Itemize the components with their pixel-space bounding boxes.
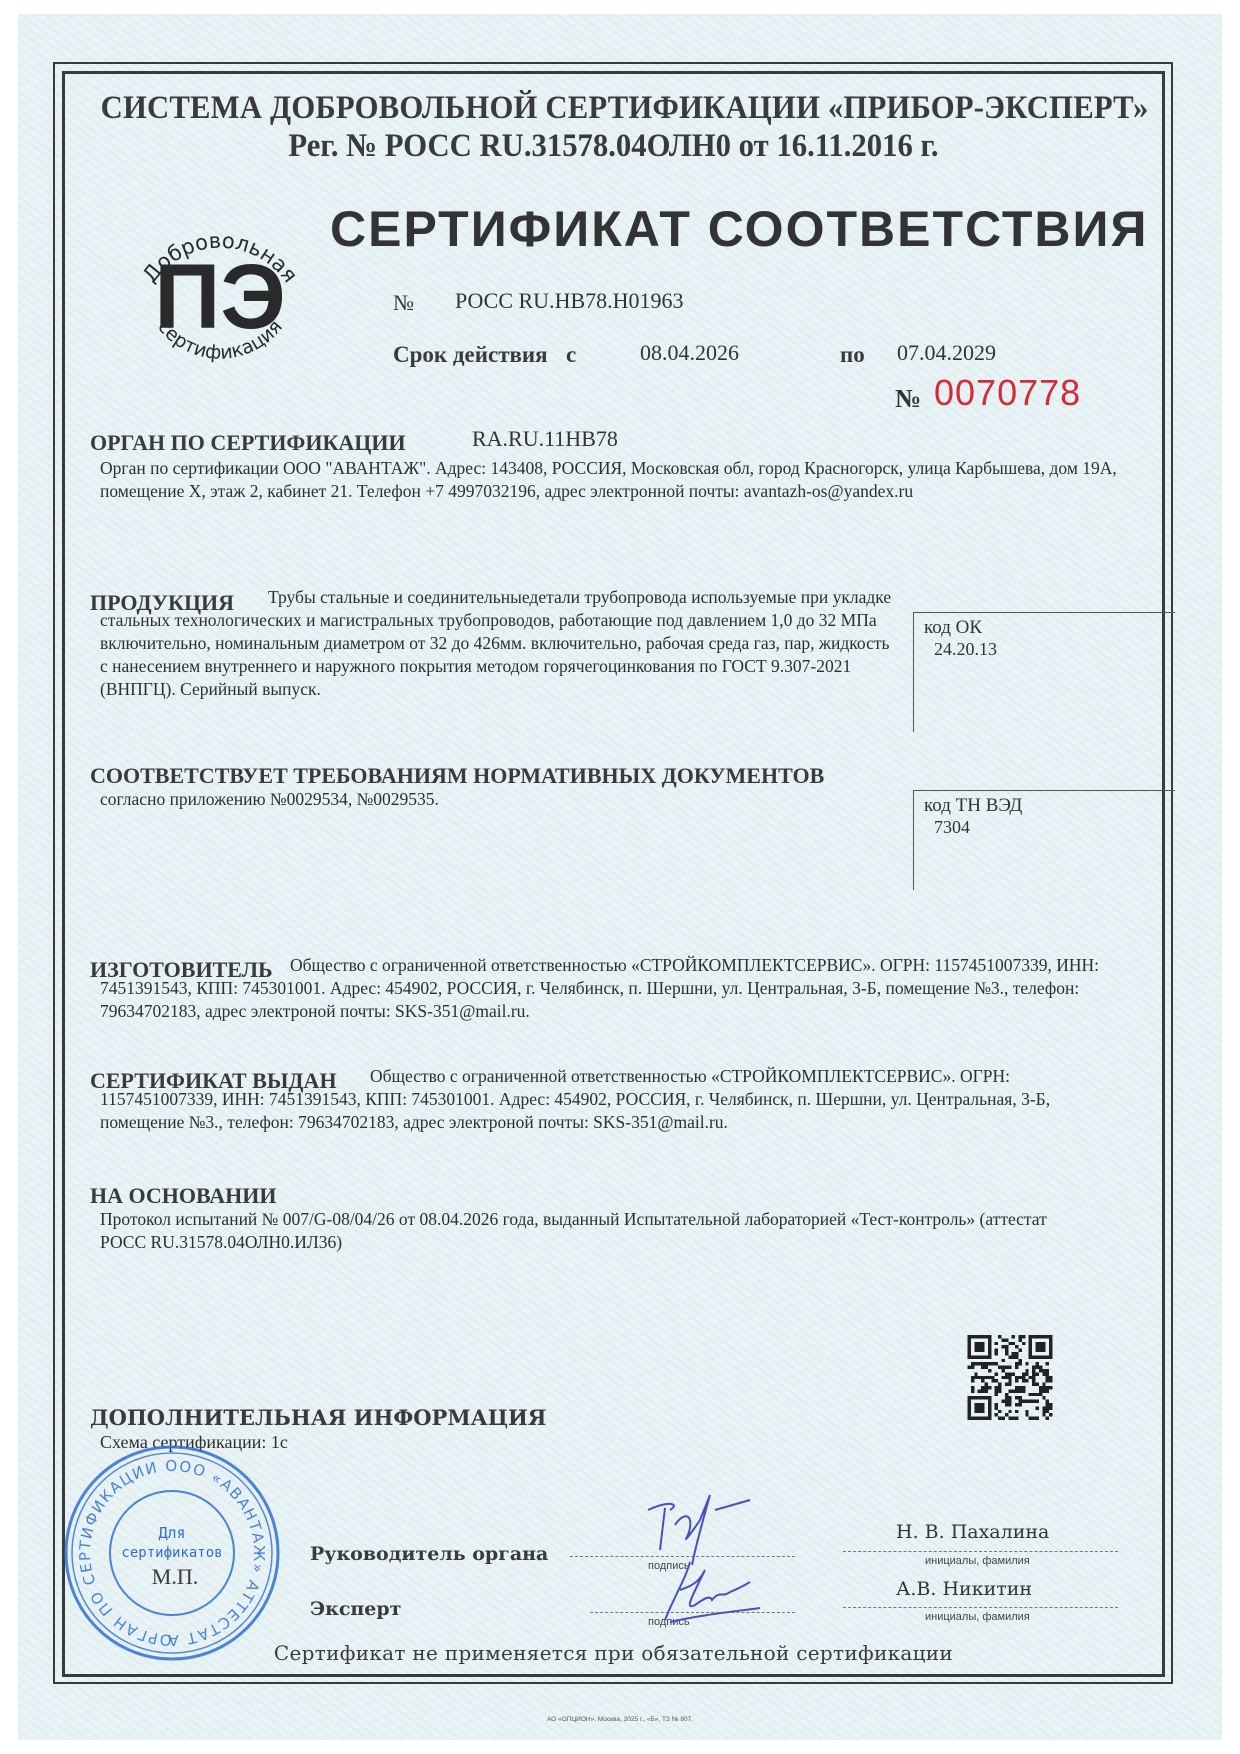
issued-to-text: Общество с ограниченной ответственностью…: [100, 1065, 1110, 1134]
pe-logo: Добровольная сертификация ПЭ: [120, 200, 320, 400]
expert-label: Эксперт: [310, 1598, 401, 1620]
expert-name-caption: инициалы, фамилия: [925, 1611, 1030, 1623]
logo-mark: ПЭ: [154, 246, 286, 348]
ok-code-label: код ОК: [924, 617, 1165, 639]
expert-name-line: [843, 1607, 1118, 1608]
system-registration: Рег. № РОСС RU.31578.04ОЛН0 от 16.11.201…: [101, 128, 1127, 165]
valid-to-label: по: [840, 342, 865, 368]
valid-to-date: 07.04.2029: [897, 340, 996, 366]
basis-text: Протокол испытаний № 007/G-08/04/26 от 0…: [100, 1208, 1060, 1254]
stamp-center-line1: Для: [158, 1524, 185, 1542]
head-signature-scribble: [640, 1490, 770, 1570]
product-text: Трубы стальные и соединительныедетали тр…: [100, 586, 900, 701]
system-title: СИСТЕМА ДОБРОВОЛЬНОЙ СЕРТИФИКАЦИИ «ПРИБО…: [101, 90, 1127, 127]
ok-code-box: код ОК 24.20.13: [913, 612, 1175, 732]
expert-signature-scribble: [650, 1560, 770, 1630]
tnved-code-box: код ТН ВЭД 7304: [913, 790, 1175, 890]
stamp-mp: М.П.: [152, 1564, 198, 1589]
disclaimer: Сертификат не применяется при обязательн…: [62, 1641, 1165, 1665]
certification-body-heading: ОРГАН ПО СЕРТИФИКАЦИИ: [90, 430, 406, 456]
valid-from-date: 08.04.2026: [640, 340, 739, 366]
manufacturer-text: Общество с ограниченной ответственностью…: [100, 954, 1110, 1023]
head-name-caption: инициалы, фамилия: [925, 1555, 1030, 1567]
official-stamp: ОРГАН ПО СЕРТИФИКАЦИИ ООО «АВАНТАЖ» АТТЕ…: [55, 1440, 290, 1665]
ok-code-value: 24.20.13: [924, 639, 1165, 660]
basis-heading: НА ОСНОВАНИИ: [90, 1183, 277, 1209]
validity-label: Срок действия: [393, 342, 548, 368]
head-name-line: [843, 1551, 1118, 1552]
head-of-body-label: Руководитель органа: [310, 1543, 548, 1565]
head-name: Н. В. Пахалина: [896, 1521, 1049, 1543]
additional-info-heading: ДОПОЛНИТЕЛЬНАЯ ИНФОРМАЦИЯ: [90, 1405, 546, 1430]
stamp-center-line2: сертификатов: [121, 1545, 222, 1561]
conformity-heading: СООТВЕТСТВУЕТ ТРЕБОВАНИЯМ НОРМАТИВНЫХ ДО…: [90, 763, 824, 789]
certificate-number: РОСС RU.НВ78.Н01963: [455, 288, 684, 314]
printer-imprint: АО «ОПЦИОН», Москва, 2025 г., «Б», ТЗ № …: [0, 1716, 1240, 1723]
qr-code: [965, 1335, 1055, 1420]
certificate-title: СЕРТИФИКАТ СООТВЕТСТВИЯ: [330, 200, 1148, 258]
serial-label: №: [895, 384, 921, 414]
tnved-code-label: код ТН ВЭД: [924, 795, 1165, 817]
tnved-code-value: 7304: [924, 817, 1165, 838]
conformity-text: согласно приложению №0029534, №0029535.: [100, 788, 439, 811]
certification-body-code: RA.RU.11НВ78: [472, 426, 618, 452]
certification-body-text: Орган по сертификации ООО "АВАНТАЖ". Адр…: [100, 457, 1120, 503]
number-label: №: [393, 290, 414, 316]
valid-from-label: с: [566, 342, 576, 368]
expert-name: А.В. Никитин: [896, 1578, 1032, 1600]
serial-number: 0070778: [934, 372, 1081, 414]
